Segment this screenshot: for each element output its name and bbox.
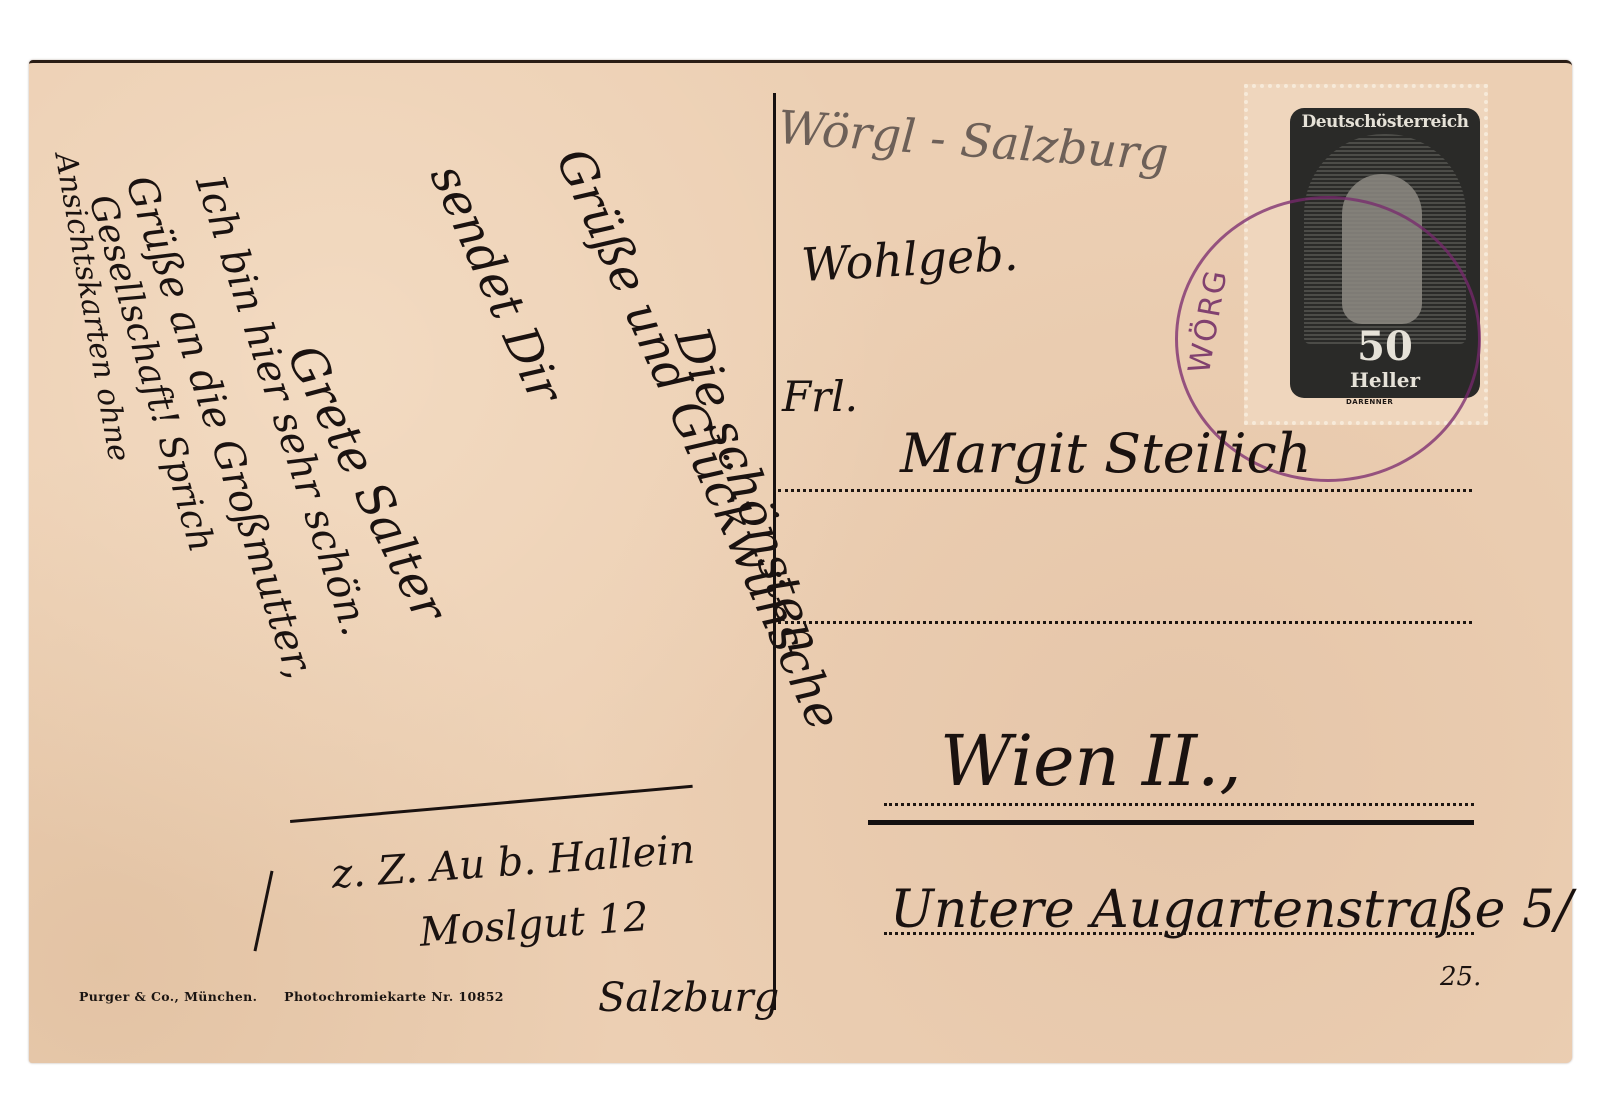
address-line-city-underline (868, 820, 1474, 825)
address-title: Frl. (782, 372, 858, 421)
address-salutation: Wohlgeb. (800, 227, 1019, 292)
address-name: Margit Steilich (900, 422, 1312, 485)
address-street-suffix: 25. (1440, 962, 1481, 992)
address-line-1 (778, 489, 1472, 492)
publisher-name: Purger & Co., München. (79, 989, 257, 1004)
address-line-3 (884, 803, 1474, 806)
publisher-imprint: Purger & Co., München. Photochromiekarte… (79, 989, 526, 1004)
address-line-2 (778, 621, 1472, 624)
stamp-country: Deutschösterreich (1290, 112, 1480, 132)
sender-address-line-3: Salzburg (598, 975, 779, 1021)
address-street: Untere Augartenstraße 5/ (890, 880, 1573, 940)
card-series-number: Photochromiekarte Nr. 10852 (284, 989, 504, 1004)
address-city: Wien II., (940, 720, 1242, 802)
